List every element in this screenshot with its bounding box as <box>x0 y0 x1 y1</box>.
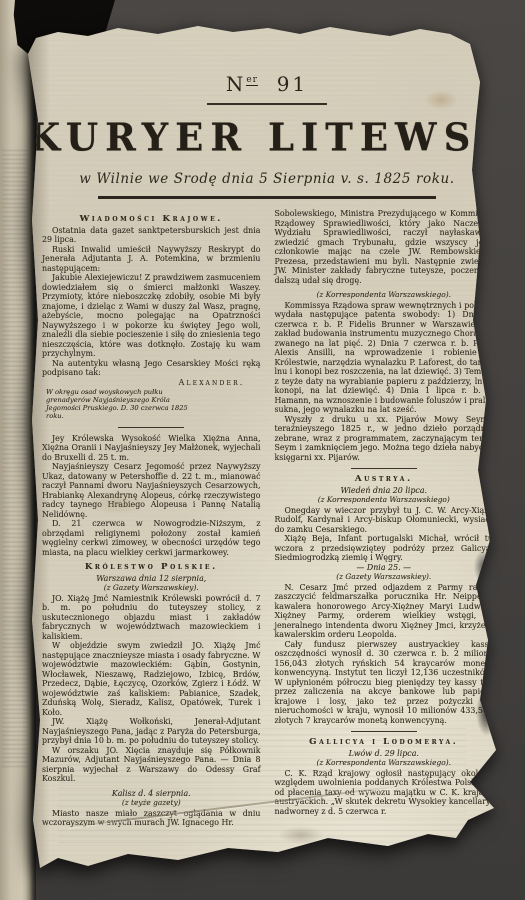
paper-stain <box>278 826 324 844</box>
paragraph-cesarz-parma: N. Cesarz Jmć przed odjazdem z Parmy rac… <box>275 583 494 640</box>
paragraph-namiestnik: JO. Xiążę Jmć Namiestnik Królewski powró… <box>42 594 261 642</box>
page-title: KURYER LITEWSKI <box>28 114 506 160</box>
paragraph-podpis-wstep: Na autentyku własną Jego Cesarskiey Mośc… <box>42 359 261 378</box>
section-heading-gallicya: Gallicya i Lodomerya. <box>275 738 494 748</box>
right-column: Sobolewskiego, Ministra Prezydującego w … <box>275 209 494 828</box>
paragraph-mowy-seymu: Wyszły z druku u xx. Pijarów Mowy Seymu … <box>275 415 494 463</box>
paragraph-reskrypt: Ruski Inwalid umieścił Naywyższy Reskryp… <box>42 245 261 274</box>
paragraph-orszak: W orszaku JO. Xięcia znayduje się Półkow… <box>42 746 261 784</box>
dateline-wieden: Wiedeń dnia 20 lipca. <box>275 486 494 496</box>
paragraph-xiezna-anna: Jey Królewska Wysokość Wielka Xiężna Ann… <box>42 434 261 463</box>
spine-ghost-text <box>2 150 28 770</box>
left-column: Wiadomości Krajowe. Ostatnia data gazet … <box>42 209 261 828</box>
photo-background: Ner 91 KURYER LITEWSKI w Wilnie we Srodę… <box>0 0 525 900</box>
section-heading-wiadomosci-krajowe: Wiadomości Krajowe. <box>42 215 261 225</box>
article-columns: Wiadomości Krajowe. Ostatnia data gazet … <box>28 199 506 828</box>
edge-smudge <box>458 832 474 846</box>
footnote-okreg-osad: W okręgu osad woyskowych pułku grenadyer… <box>46 389 195 421</box>
masthead-rule-thick <box>98 196 436 200</box>
section-divider <box>351 731 417 732</box>
paragraph-kassa-oszczednosci: Cały fundusz pierwszey austryackiey kass… <box>275 640 494 726</box>
section-heading-austrya: Austrya. <box>275 475 494 485</box>
paragraph-wolkonski: JW. Xiążę Wołkoński, Jenerał-Adjutant Na… <box>42 717 261 746</box>
source-korrespondent-3: (z Korrespondenta Warszawskiego). <box>275 758 494 768</box>
issue-value: 91 <box>277 72 308 96</box>
paragraph-kamien-wegielny: D. 21 czerwca w Nowogrodzie-Niższym, z o… <box>42 519 261 557</box>
dateline-lwow: Lwów d. 29 lipca. <box>275 749 494 759</box>
paragraph-xiaze-beja: Xiążę Beja, Infant portugalski Michał, w… <box>275 534 494 563</box>
source-korrespondent-2: (z Korrespondenta Warszawskiego) <box>275 495 494 505</box>
paragraph-patenta-swobody: Kommissya Rządowa spraw wewnętrznych i p… <box>275 301 494 415</box>
paragraph-okolnik: C. K. Rząd krajowy ogłosił następujący o… <box>275 769 494 817</box>
issue-prefix: N <box>226 72 247 96</box>
section-heading-krolestwo-polskie: Królestwo Polskie. <box>42 563 261 573</box>
section-divider <box>351 468 417 469</box>
section-divider <box>118 427 184 428</box>
source-gazeta-warszawska-2: (z Gazety Warszawskiey). <box>275 572 494 582</box>
source-gazeta-warszawska: (z Gazety Warszawskiey). <box>42 583 261 593</box>
paragraph-list-cesarski: Jakubie Alexiejewiczu! Z prawdziwem zasm… <box>42 273 261 359</box>
source-tejze-gazety: (z teyże gazety) <box>42 798 261 808</box>
source-korrespondent-1: (z Korrespondenta Warszawskiego). <box>275 290 494 300</box>
issue-number: Ner 91 <box>28 72 506 96</box>
masthead-rule-thin <box>207 103 327 105</box>
newspaper-sheet: Ner 91 KURYER LITEWSKI w Wilnie we Srodę… <box>28 20 506 878</box>
newspaper-page: Ner 91 KURYER LITEWSKI w Wilnie we Srodę… <box>28 20 506 878</box>
paragraph-objazd-miast: W objeździe swym zwiedził JO. Xiążę Jmć … <box>42 641 261 717</box>
paragraph-arcyxiaze-rudolf: Onegday w wieczor przybył tu J. C. W. Ar… <box>275 506 494 535</box>
masthead-dateline: w Wilnie we Srodę dnia 5 Sierpnia v. s. … <box>28 171 506 187</box>
masthead: Ner 91 KURYER LITEWSKI w Wilnie we Srodę… <box>28 20 506 199</box>
paragraph-gazety-data: Ostatnia data gazet sanktpetersburskich … <box>42 226 261 245</box>
subdateline-dnia-25: — Dnia 25. — <box>275 563 494 573</box>
paragraph-kalisz: Miasto nasze miało zaszczyt oglądania w … <box>42 809 261 828</box>
dateline-kalisz: Kalisz d. 4 sierpnia. <box>42 789 261 799</box>
paragraph-ukaz-panny-dworu: Nayjaśnieyszy Cesarz Jegomość przez Nayw… <box>42 462 261 519</box>
signature-alexander: Alexander. <box>42 378 261 388</box>
issue-superscript: er <box>246 75 258 86</box>
dateline-warszawa: Warszawa dnia 12 sierpnia, <box>42 574 261 584</box>
paragraph-sobolewski: Sobolewskiego, Ministra Prezydującego w … <box>275 209 494 285</box>
